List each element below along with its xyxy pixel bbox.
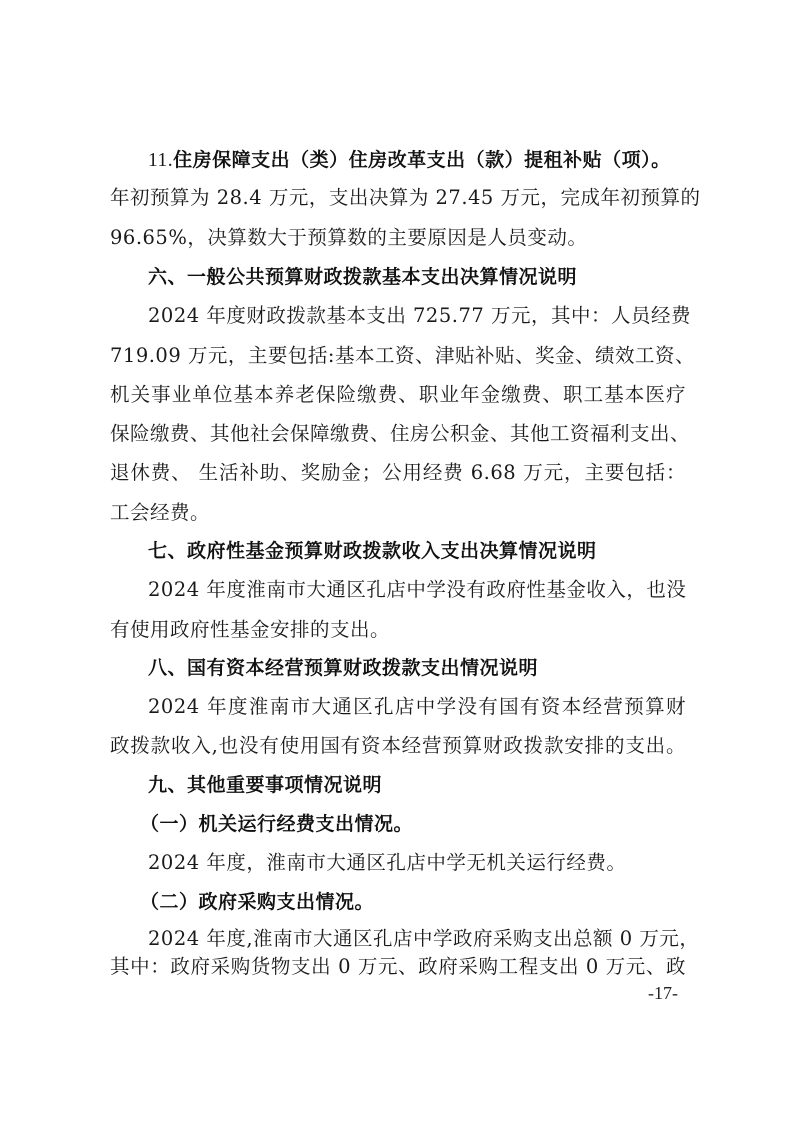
paragraph-line: 2024 年度财政拨款基本支出 725.77 万元，其中：人员经费 bbox=[148, 300, 686, 332]
item-11-heading: 11.住房保障支出（类）住房改革支出（款）提租补贴（项）。 bbox=[148, 144, 686, 176]
page-number: -17- bbox=[648, 983, 678, 1004]
section-heading-8: 八、国有资本经营预算财政拨款支出情况说明 bbox=[148, 652, 686, 684]
paragraph-line: 719.09 万元，主要包括:基本工资、津贴补贴、奖金、绩效工资、 bbox=[110, 340, 686, 372]
document-page: 11.住房保障支出（类）住房改革支出（款）提租补贴（项）。 年初预算为 28.4… bbox=[0, 0, 793, 1122]
paragraph-line: 96.65%，决算数大于预算数的主要原因是人员变动。 bbox=[110, 222, 686, 254]
paragraph-line: 年初预算为 28.4 万元，支出决算为 27.45 万元，完成年初预算的 bbox=[110, 182, 686, 214]
subsection-heading-1: （一）机关运行经费支出情况。 bbox=[140, 808, 678, 840]
section-heading-6: 六、一般公共预算财政拨款基本支出决算情况说明 bbox=[148, 261, 686, 293]
paragraph-line: 2024 年度淮南市大通区孔店中学没有政府性基金收入，也没 bbox=[148, 574, 686, 606]
paragraph-line: 政拨款收入,也没有使用国有资本经营预算财政拨款安排的支出。 bbox=[110, 730, 686, 762]
item-11-title: 住房保障支出（类）住房改革支出（款）提租补贴（项）。 bbox=[173, 149, 671, 171]
paragraph-line: 工会经费。 bbox=[110, 497, 686, 529]
paragraph-line: 其中：政府采购货物支出 0 万元、政府采购工程支出 0 万元、政 bbox=[110, 951, 686, 983]
paragraph-line: 2024 年度，淮南市大通区孔店中学无机关运行经费。 bbox=[148, 847, 686, 879]
paragraph-line: 退休费、 生活补助、奖励金；公用经费 6.68 万元，主要包括： bbox=[110, 457, 686, 489]
paragraph-line: 机关事业单位基本养老保险缴费、职业年金缴费、职工基本医疗 bbox=[110, 379, 686, 411]
section-heading-9: 九、其他重要事项情况说明 bbox=[148, 769, 686, 801]
paragraph-line: 2024 年度淮南市大通区孔店中学没有国有资本经营预算财 bbox=[148, 691, 686, 723]
subsection-heading-2: （二）政府采购支出情况。 bbox=[140, 886, 678, 918]
item-number: 11. bbox=[148, 150, 173, 171]
section-heading-7: 七、政府性基金预算财政拨款收入支出决算情况说明 bbox=[148, 535, 686, 567]
paragraph-line: 保险缴费、其他社会保障缴费、住房公积金、其他工资福利支出、 bbox=[110, 418, 686, 450]
paragraph-line: 有使用政府性基金安排的支出。 bbox=[110, 614, 686, 646]
